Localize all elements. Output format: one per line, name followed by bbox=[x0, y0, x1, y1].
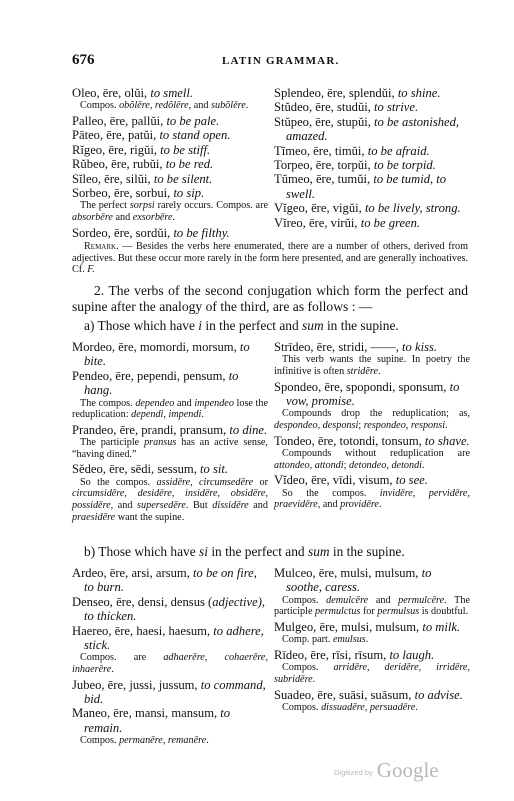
latin-form: impendeo bbox=[194, 398, 234, 409]
subsection-b-suffix: in the supine. bbox=[330, 544, 405, 559]
latin-form: praesidēre bbox=[72, 512, 115, 523]
verb-principal-parts: Suadeo, ēre, suāsi, suāsum, bbox=[274, 688, 415, 702]
note-text: . bbox=[201, 409, 204, 420]
verb-meaning: to advise. bbox=[415, 688, 463, 702]
verb-entry: Sorbeo, ēre, sorbui, to sip. bbox=[72, 186, 268, 200]
verb-principal-parts: Prandeo, ēre, prandi, pransum, bbox=[72, 423, 229, 437]
note-text: want the supine. bbox=[115, 512, 184, 523]
verb-entry: Splendeo, ēre, splendŭi, to shine. bbox=[274, 86, 470, 100]
verb-principal-parts: Splendeo, ēre, splendŭi, bbox=[274, 86, 398, 100]
running-header: 676 LATIN GRAMMAR. bbox=[72, 52, 468, 72]
note-text: Compos. bbox=[282, 702, 321, 713]
verb-meaning: to laugh. bbox=[389, 648, 434, 662]
verb-principal-parts: Haereo, ēre, haesi, haesum, bbox=[72, 624, 213, 638]
latin-form: dissuadēre, persuadēre bbox=[321, 702, 415, 713]
latin-form: attondeo, attondi bbox=[274, 460, 344, 471]
verb-entry: Suadeo, ēre, suāsi, suāsum, to advise. bbox=[274, 688, 470, 702]
latin-form: assidēre, circumsedēre bbox=[157, 477, 254, 488]
verb-entry: Vĭdeo, ēre, vīdi, visum, to see. bbox=[274, 473, 470, 487]
note-text: , and bbox=[111, 500, 137, 511]
remark-ref: F. bbox=[87, 264, 94, 275]
latin-form: exsorbēre bbox=[133, 212, 173, 223]
verb-meaning: to milk. bbox=[422, 620, 460, 634]
verb-entry: Sĕdeo, ēre, sēdi, sessum, to sit. bbox=[72, 462, 268, 476]
verb-principal-parts: Sĭleo, ēre, silŭi, bbox=[72, 172, 154, 186]
verb-principal-parts: Maneo, ēre, mansi, mansum, bbox=[72, 706, 220, 720]
usage-note: Compos. arridēre, deridēre, irridēre, su… bbox=[274, 662, 470, 685]
remark-label: Remark. bbox=[84, 241, 119, 252]
usage-note: This verb wants the supine. In poetry th… bbox=[274, 354, 470, 377]
verb-meaning: to shine. bbox=[398, 86, 441, 100]
verb-entry: Jubeo, ēre, jussi, jussum, to command, b… bbox=[72, 678, 268, 707]
note-text: So the compos. bbox=[282, 488, 380, 499]
verb-meaning: to dine. bbox=[229, 423, 267, 437]
latin-form: respondeo, responsi bbox=[364, 420, 445, 431]
verb-entry: Rŭbeo, ēre, rubŭi, to be red. bbox=[72, 157, 268, 171]
remark-text: — Besides the verbs here enumerated, the… bbox=[72, 241, 468, 275]
note-text: . bbox=[246, 100, 249, 111]
verb-entry: Vĭgeo, ēre, vigŭi, to be lively, strong. bbox=[274, 201, 470, 215]
verb-principal-parts: Stŭdeo, ēre, studŭi, bbox=[274, 100, 374, 114]
verb-meaning: to sip. bbox=[173, 186, 204, 200]
verb-principal-parts: Vĭgeo, ēre, vigŭi, bbox=[274, 201, 365, 215]
subsection-a-prefix: a) Those which have bbox=[84, 318, 198, 333]
verb-entry: Haereo, ēre, haesi, haesum, to adhere, s… bbox=[72, 624, 268, 653]
verb-entry: Pendeo, ēre, pependi, pensum, to hang. bbox=[72, 369, 268, 398]
page-number: 676 bbox=[72, 52, 95, 69]
section-2: 2. The verbs of the second conjugation w… bbox=[72, 283, 468, 315]
usage-note: The participle pransus has an active sen… bbox=[72, 437, 268, 460]
subsection-a-em2: sum bbox=[302, 318, 324, 333]
verb-principal-parts: Mulceo, ēre, mulsi, mulsum, bbox=[274, 566, 422, 580]
latin-form: despondeo, desponsi bbox=[274, 420, 358, 431]
verb-principal-parts: Tondeo, ēre, totondi, tonsum, bbox=[274, 434, 425, 448]
usage-note: Compos. demulcēre and permulcēre. The pa… bbox=[274, 595, 470, 618]
usage-note: Compos. are adhaerēre, cohaerēre, inhaer… bbox=[72, 652, 268, 675]
verb-principal-parts: Sorbeo, ēre, sorbui, bbox=[72, 186, 173, 200]
note-text: . bbox=[111, 664, 114, 675]
verb-entry: Maneo, ēre, mansi, mansum, to remain. bbox=[72, 706, 268, 735]
subsection-a-mid: in the perfect and bbox=[202, 318, 302, 333]
note-text: Compos. bbox=[282, 662, 333, 673]
verb-entry: Mordeo, ēre, momordi, morsum, to bite. bbox=[72, 340, 268, 369]
google-logo: Google bbox=[377, 758, 439, 782]
subsection-b-em2: sum bbox=[308, 544, 330, 559]
verb-principal-parts: Jubeo, ēre, jussi, jussum, bbox=[72, 678, 201, 692]
note-text: . bbox=[378, 366, 381, 377]
top-right-column: Splendeo, ēre, splendŭi, to shine.Stŭdeo… bbox=[274, 86, 470, 230]
verb-entry: Sĭleo, ēre, silŭi, to be silent. bbox=[72, 172, 268, 186]
note-text: Compos. are bbox=[80, 652, 163, 663]
verb-entry: Mulceo, ēre, mulsi, mulsum, to soothe, c… bbox=[274, 566, 470, 595]
verb-principal-parts: Ardeo, ēre, arsi, arsum, bbox=[72, 566, 193, 580]
note-text: for bbox=[360, 606, 377, 617]
note-text: . bbox=[206, 735, 209, 746]
verb-meaning: to kiss. bbox=[402, 340, 437, 354]
verb-entry: Denseo, ēre, densi, densus (adjective), … bbox=[72, 595, 268, 624]
verb-principal-parts: Sordeo, ēre, sordŭi, bbox=[72, 226, 173, 240]
verb-entry: Vĭreo, ēre, virŭi, to be green. bbox=[274, 216, 470, 230]
note-text: and bbox=[249, 500, 268, 511]
verb-principal-parts: Vĭreo, ēre, virŭi, bbox=[274, 216, 361, 230]
verb-principal-parts: Stŭpeo, ēre, stupŭi, bbox=[274, 115, 374, 129]
latin-form: permulcēre bbox=[398, 595, 444, 606]
top-left-column: Oleo, ēre, olŭi, to smell.Compos. obŏlēr… bbox=[72, 86, 268, 240]
note-text: and bbox=[113, 212, 133, 223]
note-text: or bbox=[253, 477, 268, 488]
verb-entry: Ardeo, ēre, arsi, arsum, to be on fire, … bbox=[72, 566, 268, 595]
note-text: . bbox=[379, 499, 382, 510]
verb-entry: Tĭmeo, ēre, timŭi, to be afraid. bbox=[274, 144, 470, 158]
verb-principal-parts: Tĭmeo, ēre, timŭi, bbox=[274, 144, 368, 158]
latin-form: permanēre, remanēre bbox=[119, 735, 206, 746]
note-text: Comp. part. bbox=[282, 634, 333, 645]
verb-meaning: to be lively, strong. bbox=[365, 201, 461, 215]
verb-meaning: to be green. bbox=[361, 216, 420, 230]
note-text: Compounds drop the reduplication; as, bbox=[282, 408, 470, 419]
note-text: So the compos. bbox=[80, 477, 157, 488]
verb-entry: Oleo, ēre, olŭi, to smell. bbox=[72, 86, 268, 100]
b-left-column: Ardeo, ēre, arsi, arsum, to be on fire, … bbox=[72, 566, 268, 749]
latin-form: pransus bbox=[144, 437, 176, 448]
verb-principal-parts: Tŭmeo, ēre, tumŭi, bbox=[274, 172, 373, 186]
latin-form: dependi, impendi bbox=[131, 409, 201, 420]
latin-form: dissidēre bbox=[212, 500, 248, 511]
verb-meaning: to be pale. bbox=[166, 114, 219, 128]
usage-note: Compounds without reduplication are atto… bbox=[274, 448, 470, 471]
verb-principal-parts: Rīdeo, ēre, rīsi, rīsum, bbox=[274, 648, 389, 662]
remark-block: Remark. — Besides the verbs here enumera… bbox=[72, 241, 468, 276]
note-text: is doubtful. bbox=[419, 606, 468, 617]
note-text: Compos. bbox=[80, 100, 119, 111]
verb-meaning: to be filthy. bbox=[173, 226, 229, 240]
verb-entry: Strīdeo, ēre, stridi, ——, to kiss. bbox=[274, 340, 470, 354]
running-title: LATIN GRAMMAR. bbox=[222, 55, 339, 67]
usage-note: The perfect sorpsi rarely occurs. Compos… bbox=[72, 200, 268, 223]
verb-meaning: to be stiff. bbox=[160, 143, 210, 157]
verb-meaning: to smell. bbox=[150, 86, 193, 100]
verb-principal-parts: Pendeo, ēre, pependi, pensum, bbox=[72, 369, 229, 383]
latin-form: detondeo, detondi bbox=[349, 460, 422, 471]
verb-meaning: to stand open. bbox=[159, 128, 230, 142]
latin-form: absorbēre bbox=[72, 212, 113, 223]
b-right-column: Mulceo, ēre, mulsi, mulsum, to soothe, c… bbox=[274, 566, 470, 716]
verb-entry: Mulgeo, ēre, mulsi, mulsum, to milk. bbox=[274, 620, 470, 634]
note-text: . bbox=[366, 634, 369, 645]
verb-entry: Rĭgeo, ēre, rigŭi, to be stiff. bbox=[72, 143, 268, 157]
note-text: Compos. bbox=[80, 735, 119, 746]
subsection-a-heading: a) Those which have i in the perfect and… bbox=[72, 318, 468, 334]
note-text: . bbox=[173, 212, 176, 223]
usage-note: So the compos. invidēre, pervidēre, prae… bbox=[274, 488, 470, 511]
verb-entry: Spondeo, ēre, spopondi, sponsum, to vow,… bbox=[274, 380, 470, 409]
remark-paragraph: Remark. — Besides the verbs here enumera… bbox=[72, 241, 468, 276]
note-text: and bbox=[368, 595, 398, 606]
note-text: The perfect bbox=[80, 200, 130, 211]
verb-meaning: to be silent. bbox=[154, 172, 212, 186]
verb-principal-parts: Rŭbeo, ēre, rubŭi, bbox=[72, 157, 166, 171]
a-right-column: Strīdeo, ēre, stridi, ——, to kiss.This v… bbox=[274, 340, 470, 513]
verb-meaning: to strive. bbox=[374, 100, 418, 114]
subsection-b-heading: b) Those which have si in the perfect an… bbox=[72, 544, 468, 560]
verb-entry: Stŭpeo, ēre, stupŭi, to be astonished, a… bbox=[274, 115, 470, 144]
subsection-b-prefix: b) Those which have bbox=[84, 544, 199, 559]
verb-principal-parts: Pāteo, ēre, patŭi, bbox=[72, 128, 159, 142]
verb-principal-parts: Denseo, ēre, densi, densus ( bbox=[72, 595, 212, 609]
latin-form: subŏlēre bbox=[211, 100, 246, 111]
verb-principal-parts: Torpeo, ēre, torpŭi, bbox=[274, 158, 374, 172]
latin-form: stridĕre bbox=[347, 366, 378, 377]
verb-principal-parts: Spondeo, ēre, spopondi, sponsum, bbox=[274, 380, 450, 394]
verb-principal-parts: Vĭdeo, ēre, vīdi, visum, bbox=[274, 473, 396, 487]
latin-form: permulsus bbox=[377, 606, 419, 617]
subsection-a-suffix: in the supine. bbox=[324, 318, 399, 333]
verb-entry: Pāteo, ēre, patŭi, to stand open. bbox=[72, 128, 268, 142]
note-text: rarely occurs. Compos. are bbox=[155, 200, 268, 211]
verb-entry: Torpeo, ēre, torpŭi, to be torpid. bbox=[274, 158, 470, 172]
verb-principal-parts: Mordeo, ēre, momordi, morsum, bbox=[72, 340, 240, 354]
latin-form: supersedēre bbox=[137, 500, 186, 511]
usage-note: Compos. dissuadēre, persuadēre. bbox=[274, 702, 470, 714]
latin-form: dependeo bbox=[135, 398, 174, 409]
verb-entry: Tŭmeo, ēre, tumŭi, to be tumid, to swell… bbox=[274, 172, 470, 201]
verb-principal-parts: Palleo, ēre, pallŭi, bbox=[72, 114, 166, 128]
verb-meaning: to sit. bbox=[200, 462, 228, 476]
book-page: 676 LATIN GRAMMAR. Oleo, ēre, olŭi, to s… bbox=[0, 0, 514, 801]
note-text: Compos. bbox=[282, 595, 326, 606]
note-text: The compos. bbox=[80, 398, 135, 409]
latin-form: providēre bbox=[340, 499, 379, 510]
verb-meaning: to shave. bbox=[425, 434, 470, 448]
note-text: The participle bbox=[80, 437, 144, 448]
subsection-b-em1: si bbox=[199, 544, 208, 559]
usage-note: The compos. dependeo and impendeo lose t… bbox=[72, 398, 268, 421]
note-text: Compounds without reduplication are bbox=[282, 448, 470, 459]
verb-principal-parts: Sĕdeo, ēre, sēdi, sessum, bbox=[72, 462, 200, 476]
a-left-column: Mordeo, ēre, momordi, morsum, to bite.Pe… bbox=[72, 340, 268, 525]
verb-meaning: to be afraid. bbox=[368, 144, 430, 158]
latin-form: emulsus bbox=[333, 634, 366, 645]
usage-note: Compos. permanēre, remanēre. bbox=[72, 735, 268, 747]
latin-form: sorpsi bbox=[130, 200, 155, 211]
note-text: , and bbox=[189, 100, 211, 111]
verb-entry: Rīdeo, ēre, rīsi, rīsum, to laugh. bbox=[274, 648, 470, 662]
note-text: . bbox=[445, 420, 448, 431]
google-watermark: Digitized by Google bbox=[334, 758, 439, 783]
verb-entry: Prandeo, ēre, prandi, pransum, to dine. bbox=[72, 423, 268, 437]
usage-note: Compos. obŏlēre, redŏlēre, and subŏlēre. bbox=[72, 100, 268, 112]
note-text: . But bbox=[186, 500, 212, 511]
note-text: and bbox=[174, 398, 194, 409]
verb-entry: Sordeo, ēre, sordŭi, to be filthy. bbox=[72, 226, 268, 240]
latin-form: permulctus bbox=[315, 606, 360, 617]
usage-note: So the compos. assidēre, circumsedēre or… bbox=[72, 477, 268, 523]
latin-form: redŏlēre bbox=[155, 100, 189, 111]
verb-principal-parts: Rĭgeo, ēre, rigŭi, bbox=[72, 143, 160, 157]
latin-form: demulcēre bbox=[326, 595, 368, 606]
verb-meaning: to see. bbox=[396, 473, 428, 487]
note-text: . bbox=[313, 674, 316, 685]
verb-principal-parts: Oleo, ēre, olŭi, bbox=[72, 86, 150, 100]
usage-note: Comp. part. emulsus. bbox=[274, 634, 470, 646]
usage-note: Compounds drop the reduplication; as, de… bbox=[274, 408, 470, 431]
verb-principal-parts: Strīdeo, ēre, stridi, ——, bbox=[274, 340, 402, 354]
latin-form: obŏlēre bbox=[119, 100, 150, 111]
note-text: . bbox=[415, 702, 418, 713]
verb-entry: Palleo, ēre, pallŭi, to be pale. bbox=[72, 114, 268, 128]
verb-meaning: to be torpid. bbox=[374, 158, 436, 172]
verb-principal-parts: Mulgeo, ēre, mulsi, mulsum, bbox=[274, 620, 422, 634]
subsection-b-mid: in the perfect and bbox=[208, 544, 308, 559]
section-2-text: 2. The verbs of the second conjugation w… bbox=[72, 283, 468, 315]
verb-meaning: to be red. bbox=[166, 157, 213, 171]
verb-entry: Tondeo, ēre, totondi, tonsum, to shave. bbox=[274, 434, 470, 448]
watermark-small: Digitized by bbox=[334, 768, 373, 777]
note-text: . bbox=[422, 460, 425, 471]
verb-entry: Stŭdeo, ēre, studŭi, to strive. bbox=[274, 100, 470, 114]
note-text: , and bbox=[318, 499, 340, 510]
